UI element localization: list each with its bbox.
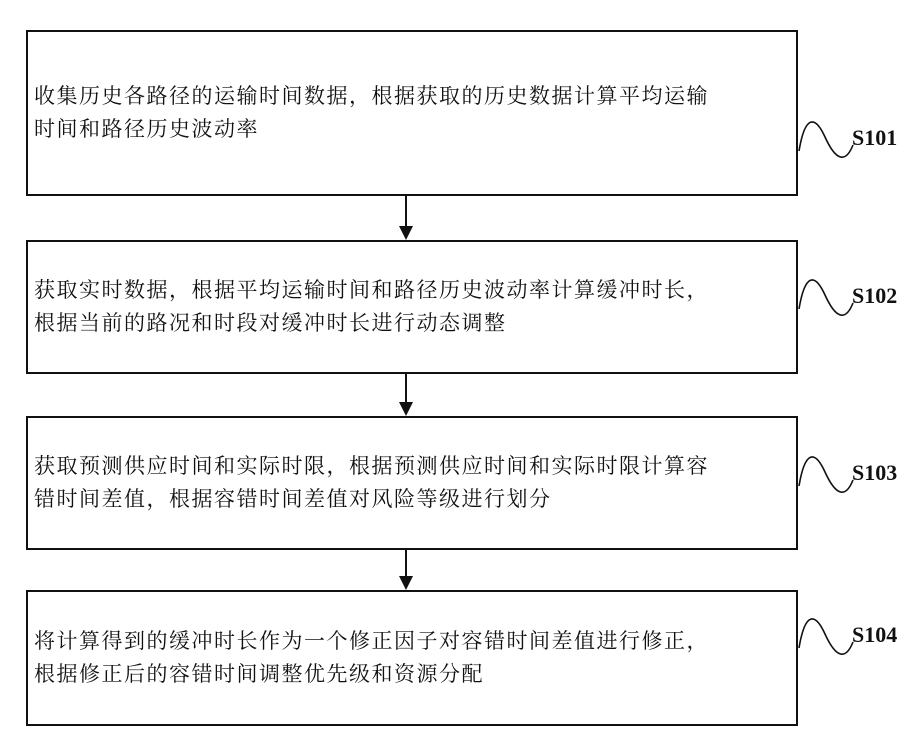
step-text-s101: 收集历史各路径的运输时间数据，根据获取的历史数据计算平均运输 时间和路径历史波动… [28, 80, 709, 146]
step-box-s103: 获取预测供应时间和实际时限，根据预测供应时间和实际时限计算容 错时间差值，根据容… [26, 416, 798, 550]
arrow-down-icon [399, 196, 413, 240]
step-text-s102: 获取实时数据，根据平均运输时间和路径历史波动率计算缓冲时长， 根据当前的路况和时… [28, 274, 709, 340]
step-box-s102: 获取实时数据，根据平均运输时间和路径历史波动率计算缓冲时长， 根据当前的路况和时… [26, 240, 798, 374]
wavy-connector-icon [797, 450, 857, 500]
step-box-s104: 将计算得到的缓冲时长作为一个修正因子对容错时间差值进行修正， 根据修正后的容错时… [26, 590, 798, 726]
arrow-down-icon [399, 550, 413, 590]
step-box-s101: 收集历史各路径的运输时间数据，根据获取的历史数据计算平均运输 时间和路径历史波动… [26, 30, 798, 196]
step-text-s104: 将计算得到的缓冲时长作为一个修正因子对容错时间差值进行修正， 根据修正后的容错时… [28, 625, 709, 691]
step-label-s102: S102 [852, 283, 897, 309]
wavy-connector-icon [797, 273, 857, 323]
step-label-s103: S103 [852, 460, 897, 486]
step-label-s104: S104 [852, 622, 897, 648]
arrow-down-icon [399, 374, 413, 416]
step-text-s103: 获取预测供应时间和实际时限，根据预测供应时间和实际时限计算容 错时间差值，根据容… [28, 450, 709, 516]
wavy-connector-icon [797, 115, 857, 165]
wavy-connector-icon [797, 612, 857, 662]
step-label-s101: S101 [852, 125, 897, 151]
